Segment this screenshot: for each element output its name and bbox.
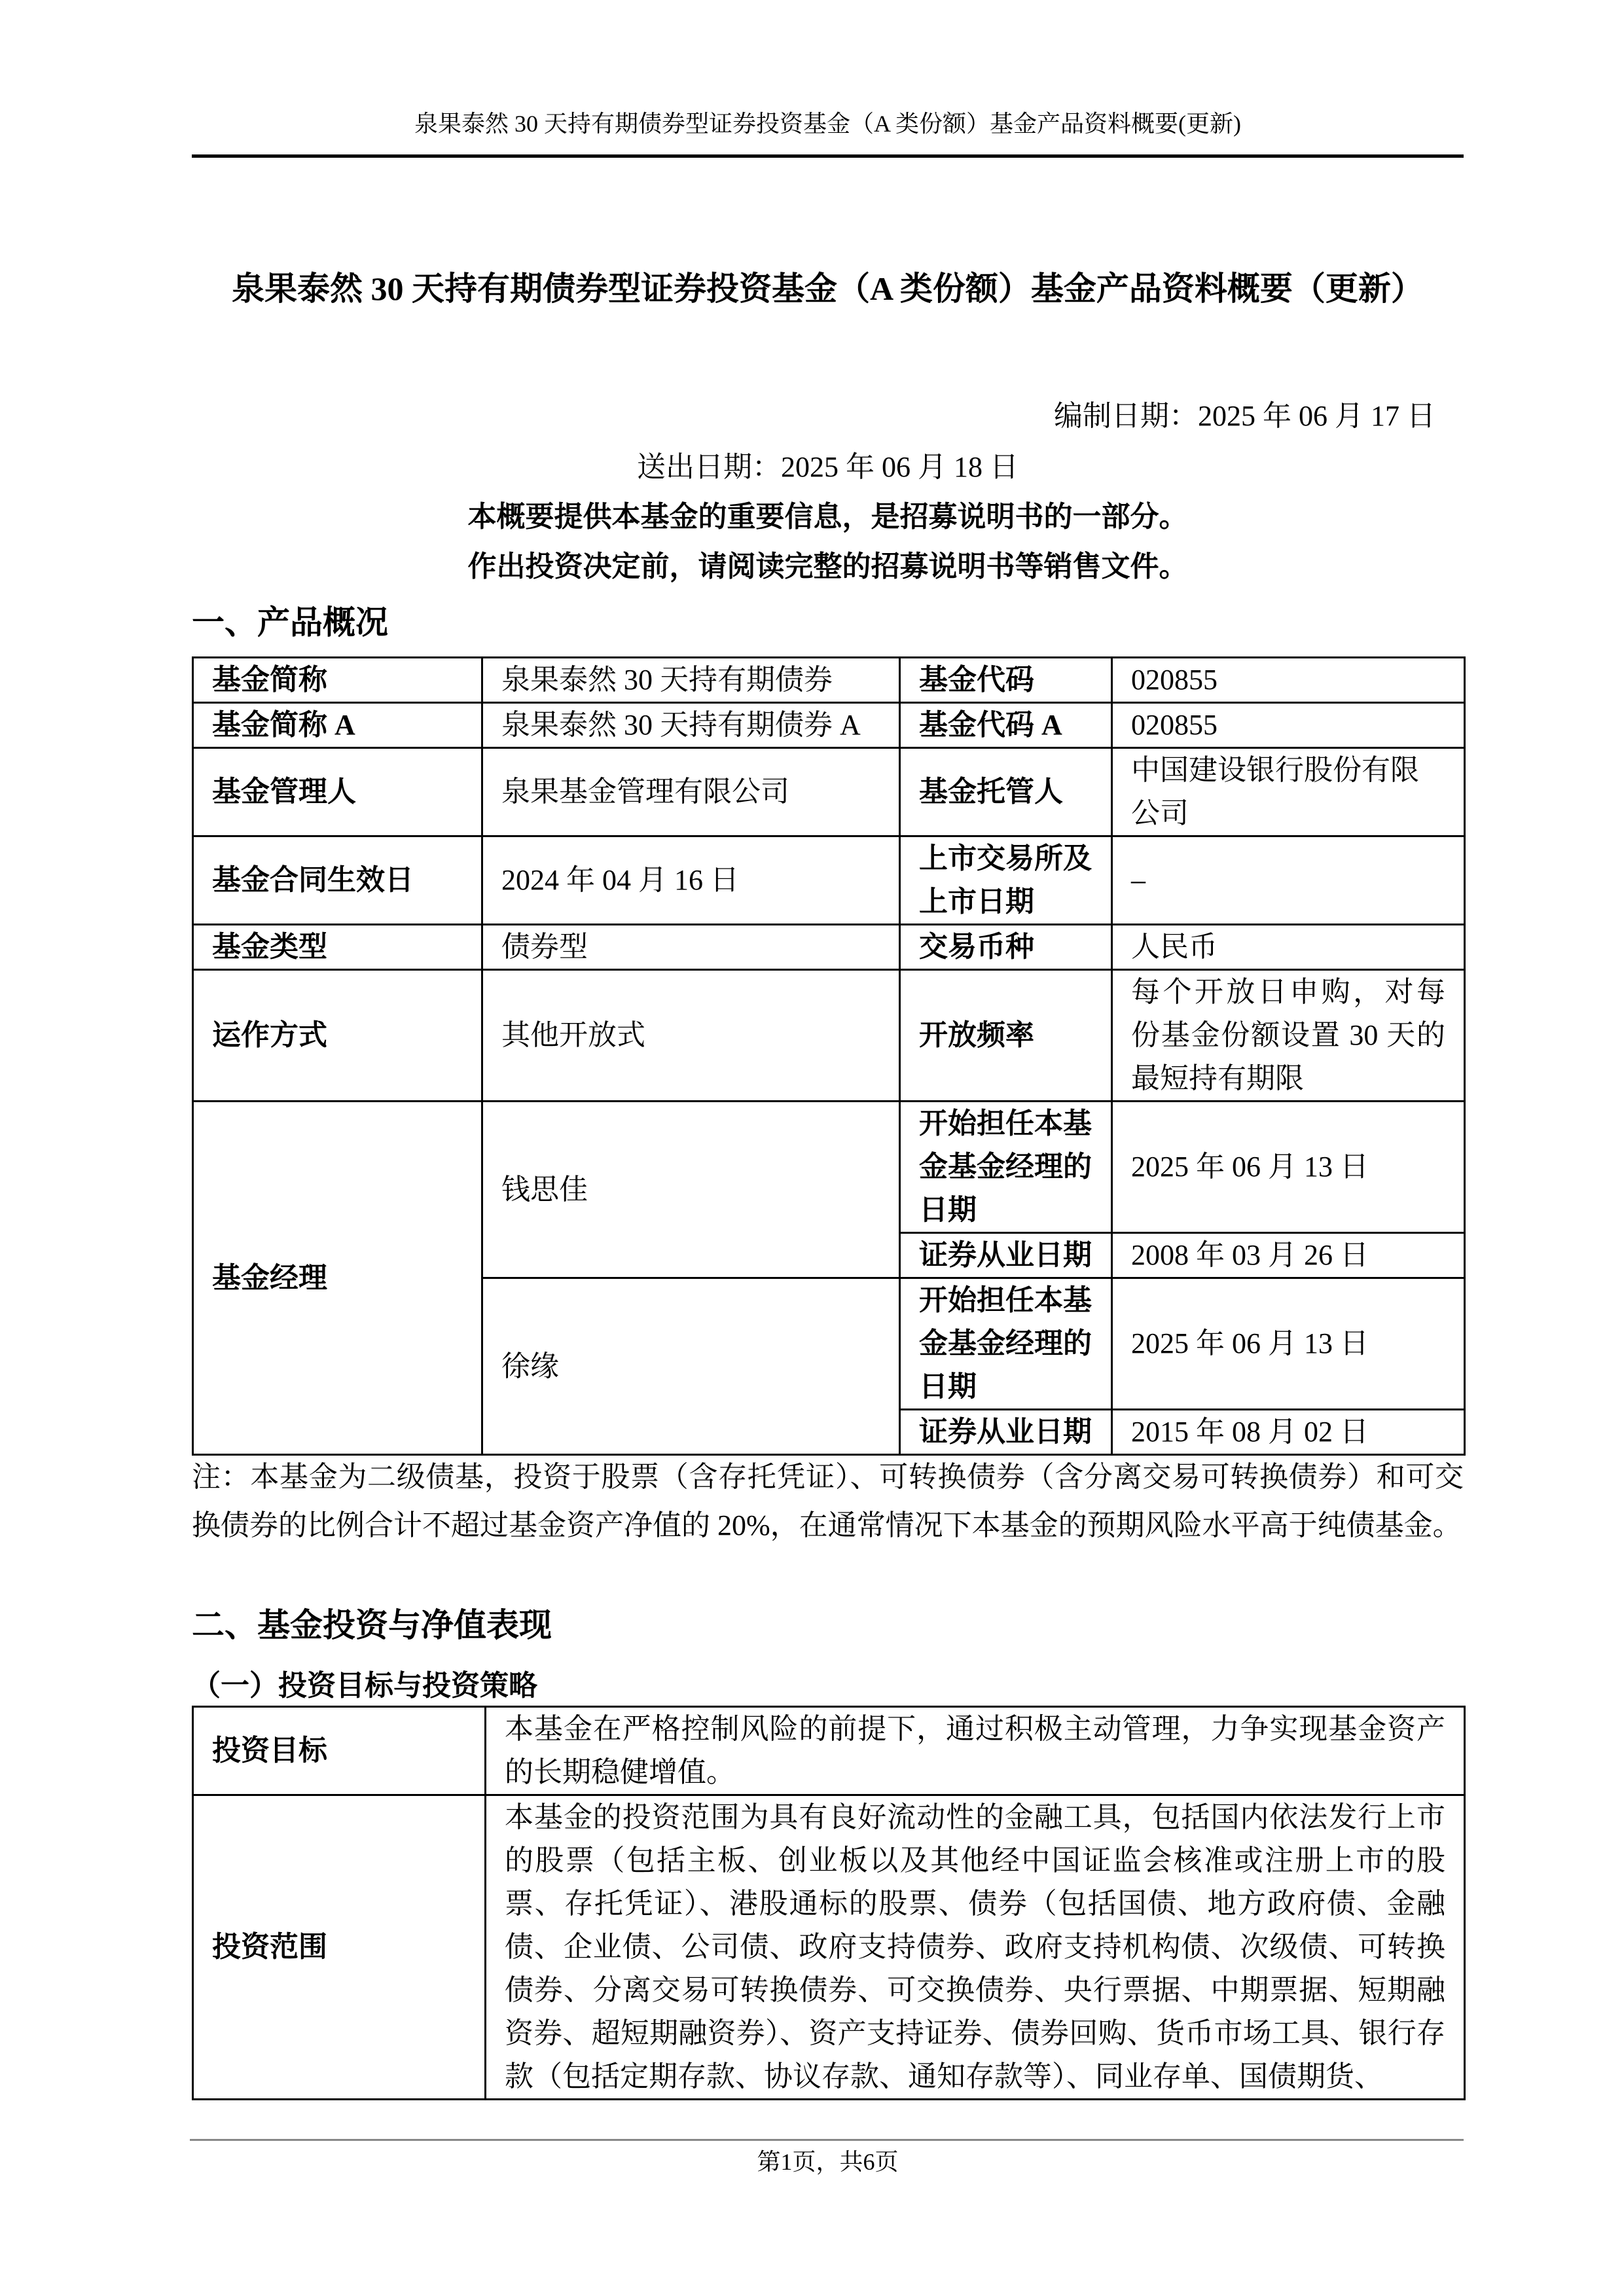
manager1-start-label: 开始担任本基金基金经理的日期 xyxy=(900,1102,1112,1233)
fund-short-name-label: 基金简称 xyxy=(193,658,482,703)
fund-short-name-a-label: 基金简称 A xyxy=(193,703,482,748)
section2-subheading: （一）投资目标与投资策略 xyxy=(192,1668,1464,1704)
table-row: 基金简称 泉果泰然 30 天持有期债券 基金代码 020855 xyxy=(193,658,1465,703)
fund-manager-label: 基金经理 xyxy=(193,1102,482,1455)
manager-name-2: 徐缘 xyxy=(482,1278,900,1455)
table-note: 注：本基金为二级债基，投资于股票（含存托凭证）、可转换债券（含分离交易可转换债券… xyxy=(192,1453,1464,1550)
investment-objective-text: 本基金在严格控制风险的前提下，通过积极主动管理，力争实现基金资产的长期稳健增值。 xyxy=(486,1707,1465,1795)
fund-manager-company-value: 泉果基金管理有限公司 xyxy=(482,748,900,836)
table-row: 基金合同生效日 2024 年 04 月 16 日 上市交易所及上市日期 – xyxy=(193,836,1465,925)
fund-custodian-label: 基金托管人 xyxy=(900,748,1112,836)
trading-currency-label: 交易币种 xyxy=(900,925,1112,970)
manager2-career-value: 2015 年 08 月 02 日 xyxy=(1112,1410,1465,1455)
open-frequency-label: 开放频率 xyxy=(900,970,1112,1102)
table-row: 投资目标 本基金在严格控制风险的前提下，通过积极主动管理，力争实现基金资产的长期… xyxy=(193,1707,1465,1795)
open-frequency-value: 每个开放日申购，对每份基金份额设置 30 天的最短持有期限 xyxy=(1112,970,1465,1102)
table-row: 基金经理 钱思佳 开始担任本基金基金经理的日期 2025 年 06 月 13 日 xyxy=(193,1102,1465,1233)
fund-type-label: 基金类型 xyxy=(193,925,482,970)
manager1-career-value: 2008 年 03 月 26 日 xyxy=(1112,1233,1465,1278)
product-overview-table: 基金简称 泉果泰然 30 天持有期债券 基金代码 020855 基金简称 A 泉… xyxy=(192,656,1466,1456)
fund-short-name-value: 泉果泰然 30 天持有期债券 xyxy=(482,658,900,703)
table-row: 基金简称 A 泉果泰然 30 天持有期债券 A 基金代码 A 020855 xyxy=(193,703,1465,748)
table-row: 基金管理人 泉果基金管理有限公司 基金托管人 中国建设银行股份有限公司 xyxy=(193,748,1465,836)
investment-objective-table: 投资目标 本基金在严格控制风险的前提下，通过积极主动管理，力争实现基金资产的长期… xyxy=(192,1706,1466,2100)
manager2-career-label: 证券从业日期 xyxy=(900,1410,1112,1455)
header-rule xyxy=(192,154,1464,158)
fund-manager-company-label: 基金管理人 xyxy=(193,748,482,836)
prepared-date-line: 编制日期：2025 年 06 月 17 日 xyxy=(192,397,1464,436)
manager-name-1: 钱思佳 xyxy=(482,1102,900,1278)
footer-rule xyxy=(190,2139,1464,2141)
table-row: 运作方式 其他开放式 开放频率 每个开放日申购，对每份基金份额设置 30 天的最… xyxy=(193,970,1465,1102)
manager1-career-label: 证券从业日期 xyxy=(900,1233,1112,1278)
investment-objective-label: 投资目标 xyxy=(193,1707,486,1795)
manager1-start-value: 2025 年 06 月 13 日 xyxy=(1112,1102,1465,1233)
fund-code-label: 基金代码 xyxy=(900,658,1112,703)
table-row: 投资范围 本基金的投资范围为具有良好流动性的金融工具，包括国内依法发行上市的股票… xyxy=(193,1795,1465,2100)
contract-effective-date-value: 2024 年 04 月 16 日 xyxy=(482,836,900,925)
document-title: 泉果泰然 30 天持有期债券型证券投资基金（A 类份额）基金产品资料概要（更新） xyxy=(192,268,1464,309)
page-number: 第1页，共6页 xyxy=(192,2147,1464,2177)
listing-exchange-value: – xyxy=(1112,836,1465,925)
operation-mode-label: 运作方式 xyxy=(193,970,482,1102)
section1-heading: 一、产品概况 xyxy=(192,602,1464,643)
table-row: 基金类型 债券型 交易币种 人民币 xyxy=(193,925,1465,970)
listing-exchange-label: 上市交易所及上市日期 xyxy=(900,836,1112,925)
manager2-start-label: 开始担任本基金基金经理的日期 xyxy=(900,1278,1112,1410)
fund-code-a-value: 020855 xyxy=(1112,703,1465,748)
notice-line-1: 本概要提供本基金的重要信息，是招募说明书的一部分。 xyxy=(192,497,1464,537)
sent-date-line: 送出日期：2025 年 06 月 18 日 xyxy=(192,448,1464,487)
running-header: 泉果泰然 30 天持有期债券型证券投资基金（A 类份额）基金产品资料概要(更新) xyxy=(192,109,1464,139)
document-page: 泉果泰然 30 天持有期债券型证券投资基金（A 类份额）基金产品资料概要(更新)… xyxy=(0,0,1624,2296)
fund-code-value: 020855 xyxy=(1112,658,1465,703)
notice-line-2: 作出投资决定前，请阅读完整的招募说明书等销售文件。 xyxy=(192,547,1464,586)
manager2-start-value: 2025 年 06 月 13 日 xyxy=(1112,1278,1465,1410)
fund-short-name-a-value: 泉果泰然 30 天持有期债券 A xyxy=(482,703,900,748)
section2-heading: 二、基金投资与净值表现 xyxy=(192,1605,1464,1645)
investment-scope-text: 本基金的投资范围为具有良好流动性的金融工具，包括国内依法发行上市的股票（包括主板… xyxy=(486,1795,1465,2100)
contract-effective-date-label: 基金合同生效日 xyxy=(193,836,482,925)
investment-scope-label: 投资范围 xyxy=(193,1795,486,2100)
fund-code-a-label: 基金代码 A xyxy=(900,703,1112,748)
trading-currency-value: 人民币 xyxy=(1112,925,1465,970)
fund-custodian-value: 中国建设银行股份有限公司 xyxy=(1112,748,1465,836)
fund-type-value: 债券型 xyxy=(482,925,900,970)
operation-mode-value: 其他开放式 xyxy=(482,970,900,1102)
